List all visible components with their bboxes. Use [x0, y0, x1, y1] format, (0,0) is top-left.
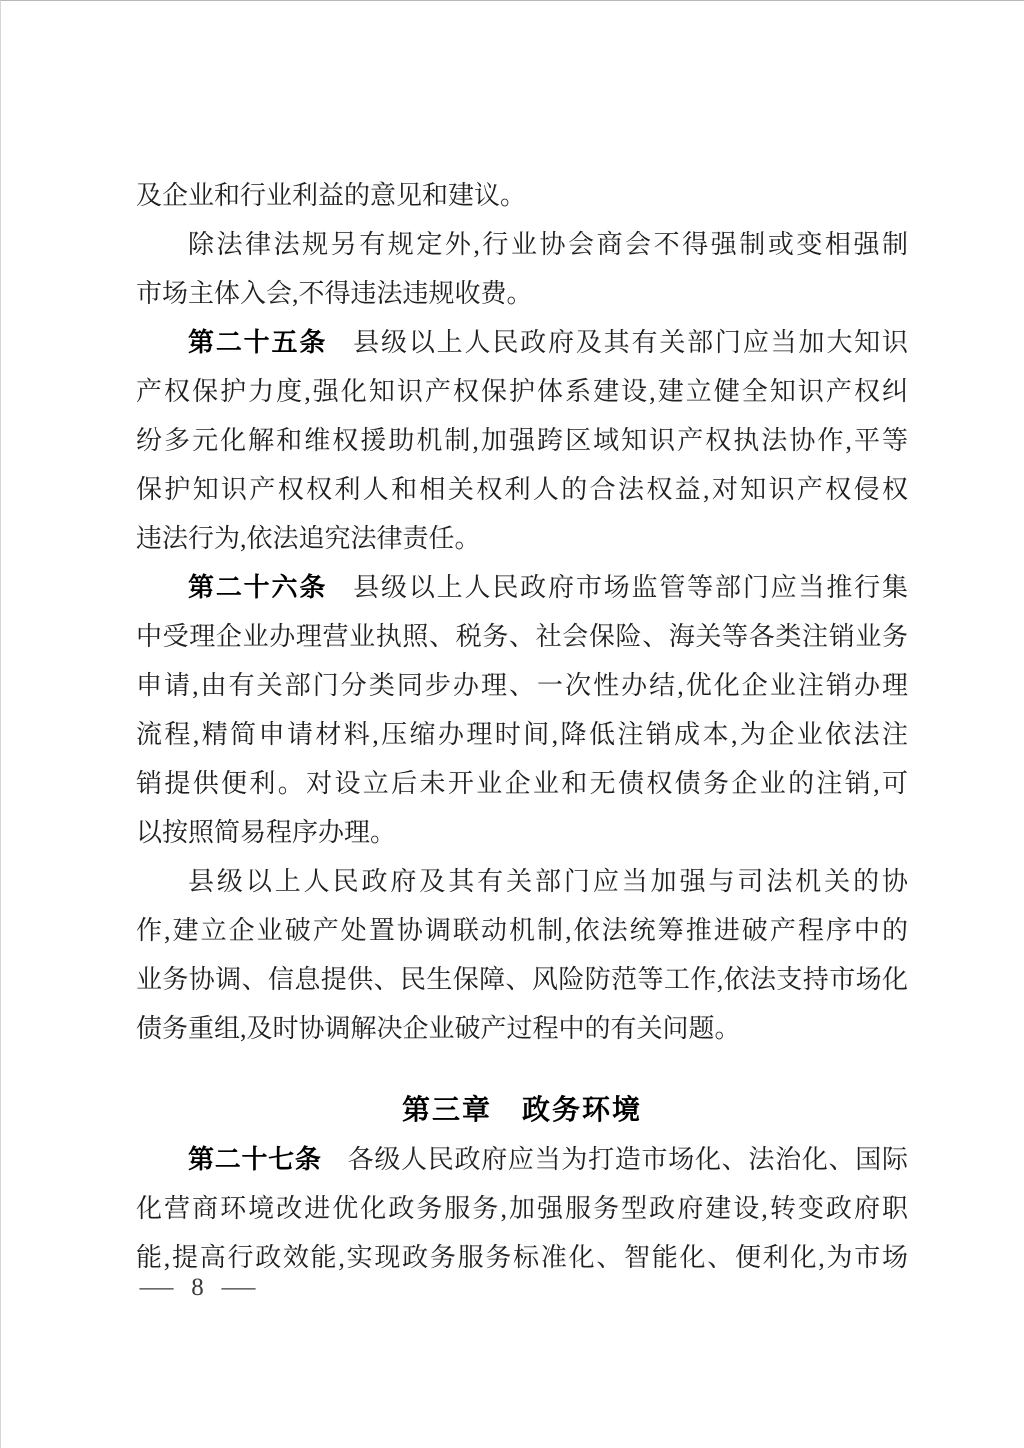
text-line: 第二十五条县级以上人民政府及其有关部门应当加大知识 — [136, 318, 908, 367]
text-segment: 县级以上人民政府及其有关部门应当加大知识 — [353, 328, 908, 357]
document-page: 及企业和行业利益的意见和建议。除法律法规另有规定外,行业协会商会不得强制或变相强… — [0, 0, 1024, 1448]
text-segment: 违法行为,依法追究法律责任。 — [136, 524, 481, 553]
text-segment: 申请,由有关部门分类同步办理、一次性办结,优化企业注销办理 — [136, 671, 908, 700]
text-segment: 作,建立企业破产处置协调联动机制,依法统筹推进破产程序中的 — [136, 916, 908, 945]
text-segment: 以按照简易程序办理。 — [136, 818, 396, 847]
text-line: 纷多元化解和维权援助机制,加强跨区域知识产权执法协作,平等 — [136, 416, 908, 465]
text-line: 违法行为,依法追究法律责任。 — [136, 514, 908, 563]
article-number: 第二十七条 — [188, 1145, 322, 1174]
text-line: 产权保护力度,强化知识产权保护体系建设,建立健全知识产权纠 — [136, 367, 908, 416]
text-segment: 债务重组,及时协调解决企业破产过程中的有关问题。 — [136, 1014, 741, 1043]
text-segment: 流程,精简申请材料,压缩办理时间,降低注销成本,为企业依法注 — [136, 720, 908, 749]
text-line: 保护知识产权权利人和相关权利人的合法权益,对知识产权侵权 — [136, 465, 908, 514]
text-line: 第二十七条各级人民政府应当为打造市场化、法治化、国际 — [136, 1135, 908, 1184]
chapter-heading: 第三章 政务环境 — [136, 1086, 908, 1135]
text-segment: 各级人民政府应当为打造市场化、法治化、国际 — [348, 1145, 908, 1174]
text-line: 市场主体入会,不得违法违规收费。 — [136, 269, 908, 318]
footer-dash-left: — — [140, 1273, 174, 1303]
text-segment: 业务协调、信息提供、民生保障、风险防范等工作,依法支持市场化 — [136, 965, 908, 994]
text-segment: 销提供便利。对设立后未开业企业和无债权债务企业的注销,可 — [136, 769, 908, 798]
document-body: 及企业和行业利益的意见和建议。除法律法规另有规定外,行业协会商会不得强制或变相强… — [136, 171, 908, 1282]
text-segment: 市场主体入会,不得违法违规收费。 — [136, 279, 533, 308]
text-line: 作,建立企业破产处置协调联动机制,依法统筹推进破产程序中的 — [136, 906, 908, 955]
text-segment: 化营商环境改进优化政务服务,加强服务型政府建设,转变政府职 — [136, 1194, 908, 1223]
text-segment: 县级以上人民政府市场监管等部门应当推行集 — [353, 573, 908, 602]
text-segment: 产权保护力度,强化知识产权保护体系建设,建立健全知识产权纠 — [136, 377, 908, 406]
article-number: 第二十六条 — [188, 573, 327, 602]
text-line: 销提供便利。对设立后未开业企业和无债权债务企业的注销,可 — [136, 759, 908, 808]
text-line: 业务协调、信息提供、民生保障、风险防范等工作,依法支持市场化 — [136, 955, 908, 1004]
page-number: 8 — [191, 1273, 204, 1303]
text-segment: 纷多元化解和维权援助机制,加强跨区域知识产权执法协作,平等 — [136, 426, 908, 455]
text-line: 除法律法规另有规定外,行业协会商会不得强制或变相强制 — [136, 220, 908, 269]
text-segment: 能,提高行政效能,实现政务服务标准化、智能化、便利化,为市场 — [136, 1243, 908, 1272]
text-segment: 中受理企业办理营业执照、税务、社会保险、海关等各类注销业务 — [136, 622, 908, 651]
text-segment: 除法律法规另有规定外,行业协会商会不得强制或变相强制 — [188, 230, 908, 259]
text-segment: 保护知识产权权利人和相关权利人的合法权益,对知识产权侵权 — [136, 475, 908, 504]
text-line: 化营商环境改进优化政务服务,加强服务型政府建设,转变政府职 — [136, 1184, 908, 1233]
text-line: 县级以上人民政府及其有关部门应当加强与司法机关的协 — [136, 857, 908, 906]
text-segment: 县级以上人民政府及其有关部门应当加强与司法机关的协 — [188, 867, 908, 896]
text-line: 及企业和行业利益的意见和建议。 — [136, 171, 908, 220]
text-line: 流程,精简申请材料,压缩办理时间,降低注销成本,为企业依法注 — [136, 710, 908, 759]
text-segment: 及企业和行业利益的意见和建议。 — [136, 181, 526, 210]
text-line: 中受理企业办理营业执照、税务、社会保险、海关等各类注销业务 — [136, 612, 908, 661]
text-line: 申请,由有关部门分类同步办理、一次性办结,优化企业注销办理 — [136, 661, 908, 710]
text-line: 以按照简易程序办理。 — [136, 808, 908, 857]
text-line: 债务重组,及时协调解决企业破产过程中的有关问题。 — [136, 1004, 908, 1053]
article-number: 第二十五条 — [188, 328, 327, 357]
footer-dash-right: — — [222, 1273, 256, 1303]
text-line: 第二十六条县级以上人民政府市场监管等部门应当推行集 — [136, 563, 908, 612]
page-footer: — 8 — — [144, 1273, 251, 1303]
